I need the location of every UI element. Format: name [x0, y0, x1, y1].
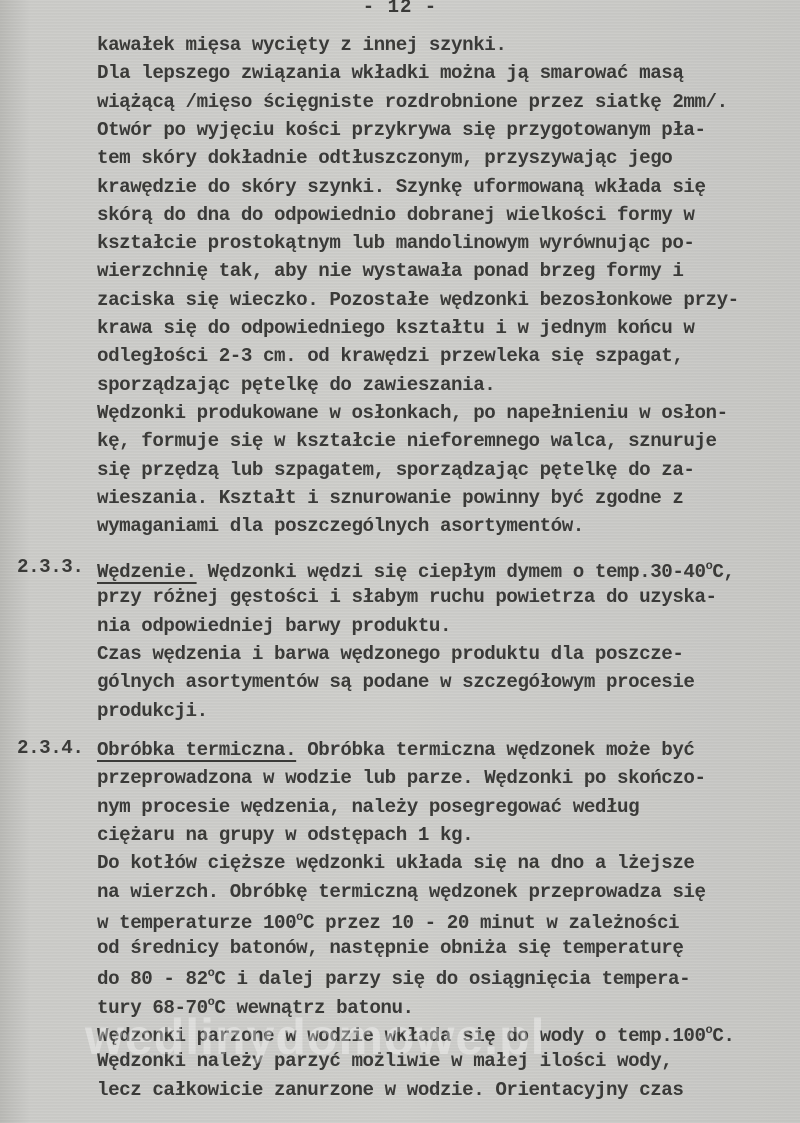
section-heading: Wędzenie. — [97, 561, 197, 583]
text-line: wymaganiami dla poszczególnych asortymen… — [97, 517, 584, 536]
text-line: Wędzonki należy parzyć możliwie w małej … — [97, 1052, 672, 1071]
text-line: Wędzonki parzone w wodzie wkłada się do … — [97, 1024, 734, 1046]
section-first-line: Obróbka termiczna. Obróbka termiczna węd… — [97, 741, 695, 760]
text-line: od średnicy batonów, następnie obniża si… — [97, 939, 683, 958]
text-line: tem skóry dokładnie odtłuszczonym, przys… — [97, 149, 672, 168]
text-line: krawędzie do skóry szynki. Szynkę uformo… — [97, 178, 706, 197]
text-line: wierzchnię tak, aby nie wystawała ponad … — [97, 262, 683, 281]
text-line: zaciska się wieczko. Pozostałe wędzonki … — [97, 291, 739, 310]
text-line: tury 68-70oC wewnątrz batonu. — [97, 996, 414, 1018]
text-line: lecz całkowicie zanurzone w wodzie. Orie… — [97, 1081, 683, 1100]
section-first-line: Wędzenie. Wędzonki wędzi się ciepłym dym… — [97, 560, 734, 582]
text-line: sporządzając pętelkę do zawieszania. — [97, 376, 495, 395]
text-line: skórą do dna do odpowiednio dobranej wie… — [97, 206, 694, 225]
text-line: nym procesie wędzenia, należy posegregow… — [97, 798, 639, 817]
section-number: 2.3.3. — [17, 556, 83, 578]
text-line: odległości 2-3 cm. od krawędzi przewleka… — [97, 347, 683, 366]
text-line: na wierzch. Obróbkę termiczną wędzonek p… — [97, 883, 706, 902]
section-number: 2.3.4. — [17, 737, 83, 759]
text-line: Czas wędzenia i barwa wędzonego produktu… — [97, 645, 683, 664]
page-number: - 12 - — [0, 0, 800, 18]
text-line: Dla lepszego związania wkładki można ją … — [97, 64, 683, 83]
text-line: do 80 - 82oC i dalej parzy się do osiągn… — [97, 967, 690, 989]
text-line: krawa się do odpowiedniego kształtu i w … — [97, 319, 694, 338]
text-line: kę, formuje się w kształcie nieforemnego… — [97, 432, 717, 451]
text-line: ciężaru na grupy w odstępach 1 kg. — [97, 826, 473, 845]
text-line: nia odpowiedniej barwy produktu. — [97, 617, 451, 636]
text-line: produkcji. — [97, 702, 208, 721]
section-text: Wędzonki wędzi się ciepłym dymem o temp.… — [197, 561, 706, 583]
text-line: przy różnej gęstości i słabym ruchu powi… — [97, 588, 717, 607]
section-heading: Obróbka termiczna. — [97, 739, 296, 761]
text-line: się przędzą lub szpagatem, sporządzając … — [97, 461, 694, 480]
text-line: Wędzonki produkowane w osłonkach, po nap… — [97, 404, 728, 423]
text-line: kawałek mięsa wycięty z innej szynki. — [97, 36, 506, 55]
section-text: C, — [712, 561, 734, 583]
text-line: w temperaturze 100oC przez 10 - 20 minut… — [97, 911, 679, 933]
degree-sign: o — [296, 910, 303, 924]
text-line: gólnych asortymentów są podane w szczegó… — [97, 673, 694, 692]
section-text: Obróbka termiczna wędzonek może być — [296, 739, 694, 761]
text-line: kształcie prostokątnym lub mandolinowym … — [97, 234, 694, 253]
text-line: Do kotłów cięższe wędzonki układa się na… — [97, 854, 694, 873]
text-line: wiążącą /mięso ścięgniste rozdrobnione p… — [97, 93, 728, 112]
text-line: przeprowadzona w wodzie lub parze. Wędzo… — [97, 769, 706, 788]
text-line: wieszania. Kształt i sznurowanie powinny… — [97, 489, 683, 508]
text-line: Otwór po wyjęciu kości przykrywa się prz… — [97, 121, 706, 140]
